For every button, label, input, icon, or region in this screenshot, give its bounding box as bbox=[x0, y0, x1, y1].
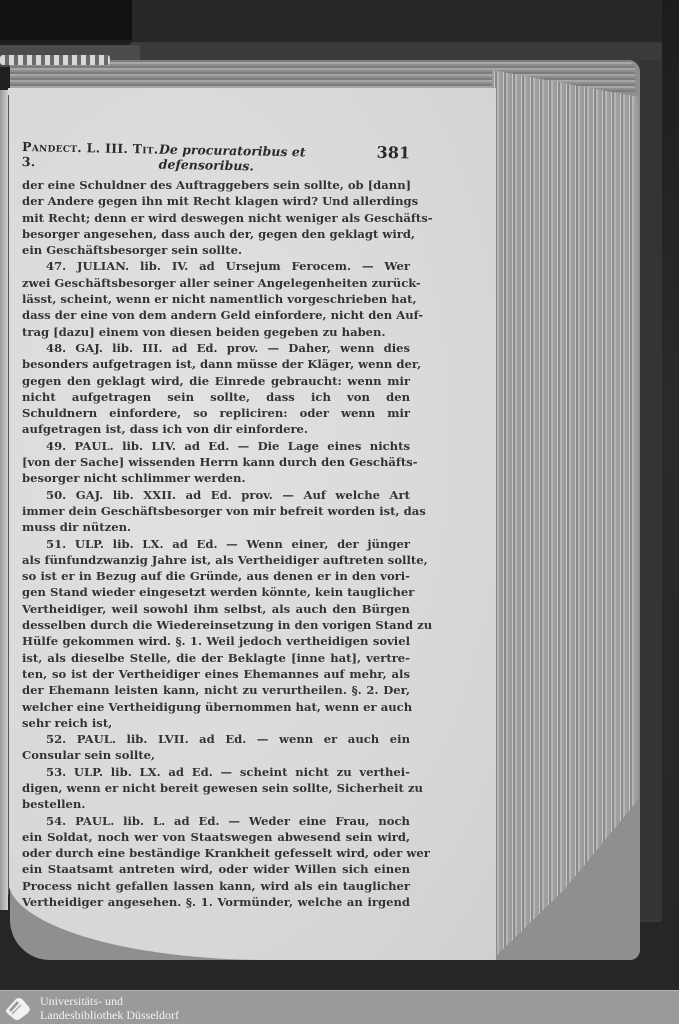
text-line: 47. JULIAN. lib. IV. ad Ursejum Ferocem.… bbox=[22, 258, 410, 274]
text-line: der eine Schuldner des Auftraggebers sei… bbox=[22, 177, 410, 193]
text-line: muss dir nützen. bbox=[22, 519, 410, 535]
running-head-title: De procuratoribus et defensoribus. bbox=[159, 142, 377, 176]
text-line: gegen den geklagt wird, die Einrede gebr… bbox=[22, 373, 410, 389]
library-name-line2: Landesbibliothek Düsseldorf bbox=[40, 1008, 179, 1022]
text-line: besorger nicht schlimmer werden. bbox=[22, 470, 410, 486]
text-line: so ist er in Bezug auf die Gründe, aus d… bbox=[22, 568, 410, 584]
text-line: der Ehemann leisten kann, nicht zu verur… bbox=[22, 682, 410, 698]
text-line: lässt, scheint, wenn er nicht namentlich… bbox=[22, 291, 410, 307]
text-line: sehr reich ist, bbox=[22, 715, 410, 731]
text-line: ein Staatsamt antreten wird, oder wider … bbox=[22, 861, 410, 877]
paragraph-54: 54. PAUL. lib. L. ad Ed. — Weder eine Fr… bbox=[22, 813, 410, 911]
paragraph-48: 48. GAJ. lib. III. ad Ed. prov. — Daher,… bbox=[22, 340, 410, 438]
text-line: Hülfe gekommen wird. §. 1. Weil jedoch v… bbox=[22, 633, 410, 649]
text-line: gen Stand wieder eingesetzt werden könnt… bbox=[22, 584, 410, 600]
text-line: dass der eine von dem andern Geld einfor… bbox=[22, 307, 410, 323]
text-line: desselben durch die Wiedereinsetzung in … bbox=[22, 617, 410, 633]
text-line: ist, als dieselbe Stelle, die der Beklag… bbox=[22, 650, 410, 666]
text-line: immer dein Geschäftsbesorger von mir bef… bbox=[22, 503, 410, 519]
text-line: [von der Sache] wissenden Herrn kann dur… bbox=[22, 454, 410, 470]
text-line: Process nicht gefallen lassen kann, wird… bbox=[22, 878, 410, 894]
headband bbox=[0, 55, 110, 65]
running-head-section: Pandect. L. III. Tit. 3. bbox=[22, 139, 159, 172]
text-line: bestellen. bbox=[22, 796, 410, 812]
text-line: 48. GAJ. lib. III. ad Ed. prov. — Daher,… bbox=[22, 340, 410, 356]
text-line: 51. ULP. lib. LX. ad Ed. — Wenn einer, d… bbox=[22, 536, 410, 552]
cover-corner bbox=[0, 0, 132, 40]
paragraph-51: 51. ULP. lib. LX. ad Ed. — Wenn einer, d… bbox=[22, 536, 410, 732]
text-line: 50. GAJ. lib. XXII. ad Ed. prov. — Auf w… bbox=[22, 487, 410, 503]
paragraph-53: 53. ULP. lib. LX. ad Ed. — scheint nicht… bbox=[22, 764, 410, 813]
book-logo-icon[interactable] bbox=[4, 995, 32, 1021]
text-line: der Andere gegen ihn mit Recht klagen wi… bbox=[22, 193, 410, 209]
text-line: 54. PAUL. lib. L. ad Ed. — Weder eine Fr… bbox=[22, 813, 410, 829]
text-line: oder durch eine beständige Krankheit gef… bbox=[22, 845, 410, 861]
text-line: digen, wenn er nicht bereit gewesen sein… bbox=[22, 780, 410, 796]
gutter-shadow bbox=[0, 90, 8, 910]
text-line: ein Soldat, noch wer von Staatswegen abw… bbox=[22, 829, 410, 845]
text-line: Consular sein sollte, bbox=[22, 747, 410, 763]
text-line: trag [dazu] einem von diesen beiden gege… bbox=[22, 324, 410, 340]
paragraph-continuation: der eine Schuldner des Auftraggebers sei… bbox=[22, 177, 410, 258]
text-line: aufgetragen ist, dass ich von dir einfor… bbox=[22, 421, 410, 437]
text-line: besorger angesehen, dass auch der, gegen… bbox=[22, 226, 410, 242]
text-line: welcher eine Vertheidigung übernommen ha… bbox=[22, 699, 410, 715]
text-line: 52. PAUL. lib. LVII. ad Ed. — wenn er au… bbox=[22, 731, 410, 747]
text-line: zwei Geschäftsbesorger aller seiner Ange… bbox=[22, 275, 410, 291]
text-line: Vertheidiger angesehen. §. 1. Vormünder,… bbox=[22, 894, 410, 910]
paragraph-52: 52. PAUL. lib. LVII. ad Ed. — wenn er au… bbox=[22, 731, 410, 764]
paragraph-49: 49. PAUL. lib. LIV. ad Ed. — Die Lage ei… bbox=[22, 438, 410, 487]
text-line: 49. PAUL. lib. LIV. ad Ed. — Die Lage ei… bbox=[22, 438, 410, 454]
text-line: ten, so ist der Vertheidiger eines Ehema… bbox=[22, 666, 410, 682]
text-line: nicht aufgetragen sein sollte, dass ich … bbox=[22, 389, 410, 405]
paragraph-50: 50. GAJ. lib. XXII. ad Ed. prov. — Auf w… bbox=[22, 487, 410, 536]
library-name-line1: Universitäts- und bbox=[40, 994, 179, 1008]
page-text: Pandect. L. III. Tit. 3. De procuratorib… bbox=[22, 136, 410, 910]
paragraph-47: 47. JULIAN. lib. IV. ad Ursejum Ferocem.… bbox=[22, 258, 410, 339]
library-name[interactable]: Universitäts- und Landesbibliothek Düsse… bbox=[40, 994, 179, 1022]
library-footer: Universitäts- und Landesbibliothek Düsse… bbox=[0, 990, 679, 1024]
text-line: 53. ULP. lib. LX. ad Ed. — scheint nicht… bbox=[22, 764, 410, 780]
page-number: 381 bbox=[376, 143, 410, 163]
page-fore-edges bbox=[492, 70, 638, 960]
text-line: Schuldnern einfordere, so repliciren: od… bbox=[22, 405, 410, 421]
gutter-line bbox=[8, 95, 9, 895]
book-board-edge bbox=[640, 60, 662, 920]
text-line: als fünfundzwanzig Jahre ist, als Verthe… bbox=[22, 552, 410, 568]
text-line: Vertheidiger, weil sowohl ihm selbst, al… bbox=[22, 601, 410, 617]
text-line: ein Geschäftsbesorger sein sollte. bbox=[22, 242, 410, 258]
text-line: besonders aufgetragen ist, dann müsse de… bbox=[22, 356, 410, 372]
running-head: Pandect. L. III. Tit. 3. De procuratorib… bbox=[22, 136, 411, 176]
text-line: mit Recht; denn er wird deswegen nicht w… bbox=[22, 210, 410, 226]
